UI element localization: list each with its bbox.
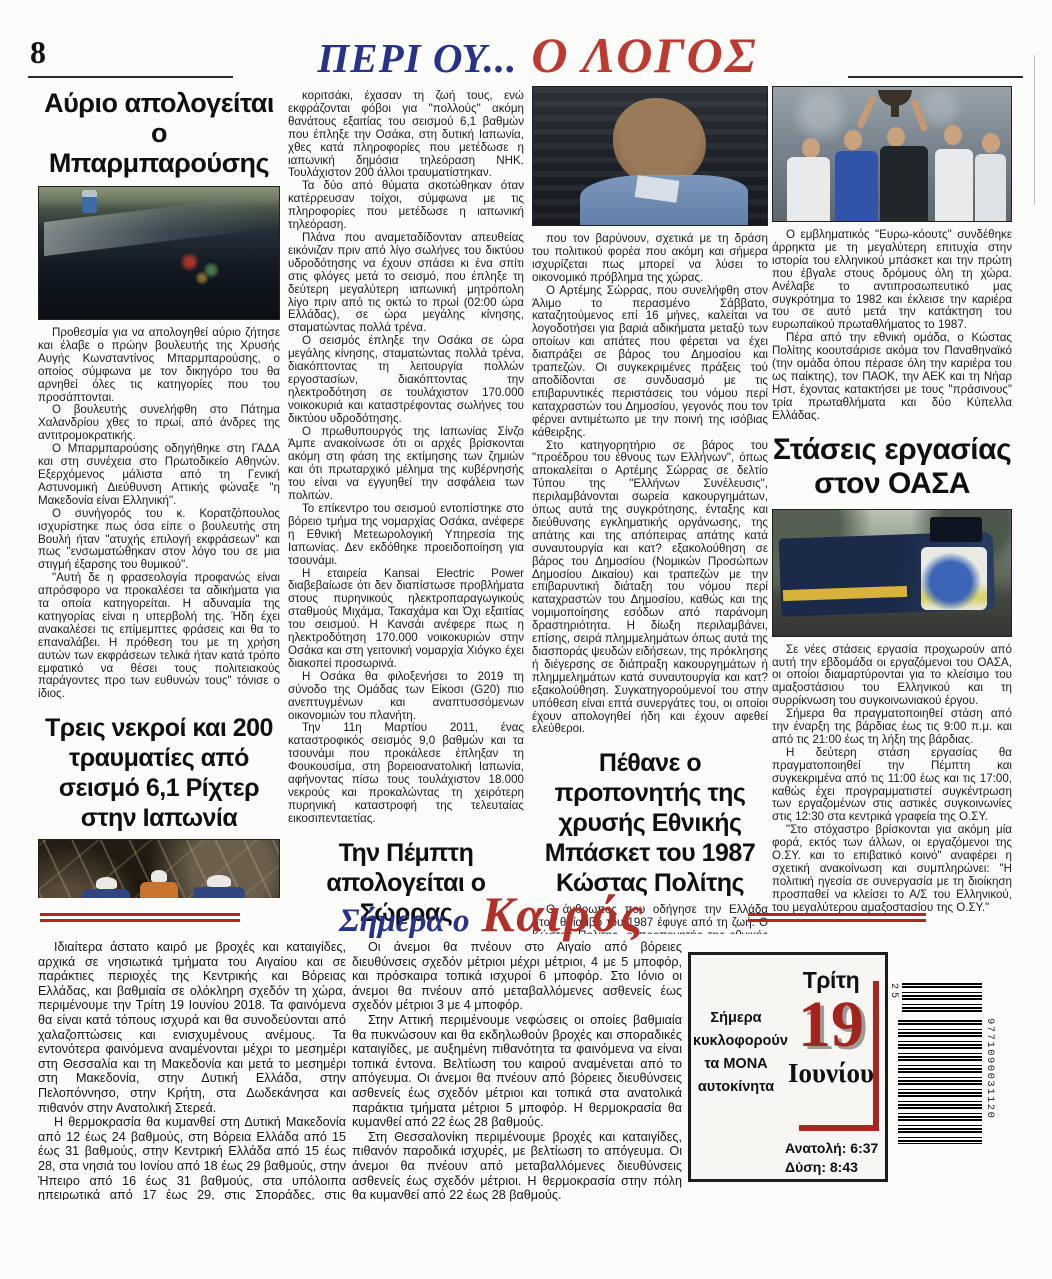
player-head: [887, 127, 905, 147]
paragraph: Πέρα από την εθνική ομάδα, ο Κώστας Πολί…: [772, 332, 1012, 422]
paragraph: Στη Θεσσαλονίκη περιμένουμε βροχές και κ…: [352, 1130, 682, 1203]
paragraph: Τα δύο από θύματα σκοτώθηκαν όταν κατέρρ…: [288, 180, 524, 232]
paragraph: Ο Αρτέμης Σώρρας, που συνελήφθη στον Άλι…: [532, 285, 768, 440]
paragraph: Το επίκεντρο του σεισμού εντοπίστηκε στο…: [288, 503, 524, 568]
white-jersey: [975, 154, 1006, 221]
paragraph: Ο πρωθυπουργός της Ιαπωνίας Σίνζο Άμπε α…: [288, 426, 524, 503]
white-jersey: [787, 157, 830, 221]
blue-jersey: [835, 151, 878, 221]
paragraph: Σε νέες στάσεις εργασία προχωρούν από αυ…: [772, 644, 1012, 709]
white-jersey: [935, 149, 973, 221]
trophy: [878, 90, 912, 106]
masthead: ΠΕΡΙ ΟΥ... Ο ΛΟΓΟΣ: [225, 26, 850, 84]
sunset-time: Δύση: 8:43: [785, 1158, 878, 1177]
paragraph: Στην Αττική περιμένουμε νεφώσεις οι οποί…: [352, 1013, 682, 1130]
newspaper-page: 8 ΠΕΡΙ ΟΥ... Ο ΛΟΓΟΣ Αύριο απολογείται ο…: [0, 0, 1052, 1279]
calendar-red-corner-horizontal: [799, 1125, 879, 1131]
oasa-body: Σε νέες στάσεις εργασία προχωρούν από αυ…: [772, 644, 1012, 915]
paragraph: Ο βουλευτής συνελήφθη στο Πάτημα Χαλανδρ…: [38, 404, 280, 443]
barbarousis-body: Προθεσμία για να απολογηθεί αύριο ζήτησε…: [38, 327, 280, 701]
coach-figure: [880, 146, 928, 221]
headline-barbarousis: Αύριο απολογείται ο Μπαρμπαρούσης: [38, 88, 280, 178]
bus-rear-panel: [921, 547, 988, 610]
barcode-large: [898, 1020, 982, 1144]
photo-detail: [171, 246, 233, 286]
photo-bystander: [82, 190, 96, 214]
weather-text-middle: Οι άνεμοι θα πνέουν στο Αιγαίο από βόρει…: [352, 940, 682, 1206]
japan-quake-body: κοριτσάκι, έχασαν τη ζωή τους, ενώ εκφρά…: [288, 90, 524, 826]
weather-banner-right-text: Καιρός: [482, 886, 646, 942]
paragraph: Η εταιρεία Kansai Electric Power διαβεβα…: [288, 568, 524, 671]
raised-arm: [857, 95, 878, 129]
weather-text-left: Ιδιαίτερα άστατο καιρό με βροχές και κατ…: [38, 940, 346, 1200]
notice-line: Σήμερα: [693, 1007, 779, 1030]
earthquake-rescue-photo: [38, 839, 280, 898]
barcode-small: [902, 983, 982, 1013]
player-head: [982, 133, 1000, 153]
masthead-rule-left: [28, 76, 233, 78]
notice-line: κυκλοφορούν: [693, 1030, 779, 1053]
paragraph: "Στο στόχαστρο βρίσκονται για ακόμη μία …: [772, 824, 1012, 914]
page-number: 8: [30, 34, 46, 71]
weather-banner-line-right: [748, 913, 926, 922]
paragraph: Ο σεισμός έπληξε την Οσάκα σε ώρα μεγάλη…: [288, 335, 524, 425]
paragraph: Οι άνεμοι θα πνέουν στο Αιγαίο από βόρει…: [352, 940, 682, 1013]
paragraph: Στο κατηγορητήριο σε βάρος του "προέδρου…: [532, 440, 768, 737]
eurobasket-1987-photo: [772, 86, 1012, 222]
masthead-right-text: Ο ΛΟΓΟΣ: [531, 27, 757, 83]
calendar-leaf: Τρίτη 19 Ιουνίου: [783, 965, 879, 1131]
barcode-issue-number: 25: [888, 983, 899, 1001]
oasa-bus-photo: [772, 509, 1012, 637]
player-head: [944, 125, 962, 145]
calendar-date: 19: [783, 994, 879, 1056]
calendar-red-corner-vertical: [873, 981, 879, 1127]
paragraph: κοριτσάκι, έχασαν τη ζωή τους, ενώ εκφρά…: [288, 90, 524, 180]
calendar-month: Ιουνίου: [783, 1058, 879, 1089]
column-4: Ο εμβληματικός "Ευρω-κόουτς" συνδέθηκε ά…: [772, 86, 1012, 934]
calendar-box: Σήμερα κυκλοφορούν τα ΜΟΝΑ αυτοκίνητα Τρ…: [688, 952, 888, 1182]
paragraph: Ο συνήγορός του κ. Κορατζόπουλος ισχυρίσ…: [38, 508, 280, 573]
car-scene-photo: [38, 186, 280, 320]
odd-plates-notice: Σήμερα κυκλοφορούν τα ΜΟΝΑ αυτοκίνητα: [693, 1007, 779, 1099]
column-1: Αύριο απολογείται ο Μπαρμπαρούσης Προθεσ…: [38, 86, 280, 898]
player-head: [844, 130, 862, 150]
bus-destination-sign: [930, 517, 982, 542]
portrait-head: [613, 98, 707, 186]
barcode-digits: 9771090031120: [984, 1018, 996, 1148]
paragraph: Ο εμβληματικός "Ευρω-κόουτς" συνδέθηκε ά…: [772, 229, 1012, 332]
rescuer-figure: [140, 882, 178, 898]
scan-edge-artifact: [1034, 55, 1035, 205]
headline-politis: Πέθανε ο προπονητής της χρυσής Εθνικής Μ…: [532, 748, 768, 898]
masthead-rule-right: [848, 76, 1023, 78]
paragraph: "Αυτή δε η φρασεολογία προφανώς είναι απ…: [38, 572, 280, 701]
photo-reflection: [44, 194, 274, 257]
sorras-body: που τον βαρύνουν, σχετικά με τη δράση το…: [532, 233, 768, 736]
paragraph: Σήμερα θα πραγματοποιηθεί στάση από την …: [772, 708, 1012, 747]
paragraph: Η θερμοκρασία θα κυμανθεί στη Δυτική Μακ…: [38, 1115, 346, 1200]
sorras-portrait-photo: [532, 86, 768, 226]
rescuer-figure: [193, 887, 246, 898]
paragraph: Πλάνα που αναμεταδίδονταν απευθείας εικό…: [288, 232, 524, 335]
raised-arm: [910, 98, 928, 132]
masthead-left-text: ΠΕΡΙ ΟΥ...: [317, 35, 517, 81]
sun-times: Ανατολή: 6:37 Δύση: 8:43: [785, 1139, 878, 1177]
paragraph: Η Οσάκα θα φιλοξενήσει το 2019 τη σύνοδο…: [288, 671, 524, 723]
paragraph: Προθεσμία για να απολογηθεί αύριο ζήτησε…: [38, 327, 280, 404]
headline-japan-quake: Τρεις νεκροί και 200 τραυματίες από σεισ…: [38, 713, 280, 833]
paragraph: που τον βαρύνουν, σχετικά με τη δράση το…: [532, 233, 768, 285]
paragraph: Ιδιαίτερα άστατο καιρό με βροχές και κατ…: [38, 940, 346, 1115]
sunrise-time: Ανατολή: 6:37: [785, 1139, 878, 1158]
headline-oasa: Στάσεις εργασίας στον ΟΑΣΑ: [772, 433, 1012, 501]
paragraph: Η δεύτερη στάση εργασίας θα πραγματοποιη…: [772, 747, 1012, 824]
rescuer-figure: [82, 889, 130, 898]
column-3: που τον βαρύνουν, σχετικά με τη δράση το…: [532, 86, 768, 934]
weather-banner-line-left: [40, 913, 240, 922]
politis-body-cont: Ο εμβληματικός "Ευρω-κόουτς" συνδέθηκε ά…: [772, 229, 1012, 423]
weather-banner-left-text: Σήμερα ο: [339, 903, 469, 939]
column-2: κοριτσάκι, έχασαν τη ζωή τους, ενώ εκφρά…: [288, 90, 524, 932]
notice-line: αυτοκίνητα: [693, 1076, 779, 1099]
paragraph: Την 11η Μαρτίου 2011, ένας καταστροφικός…: [288, 722, 524, 825]
notice-line: τα ΜΟΝΑ: [693, 1053, 779, 1076]
paragraph: Ο Μπαρμπαρούσης οδηγήθηκε στη ΓΑΔΑ και σ…: [38, 443, 280, 508]
player-head: [802, 138, 820, 158]
weather-banner: Σήμερα ο Καιρός: [245, 885, 740, 943]
